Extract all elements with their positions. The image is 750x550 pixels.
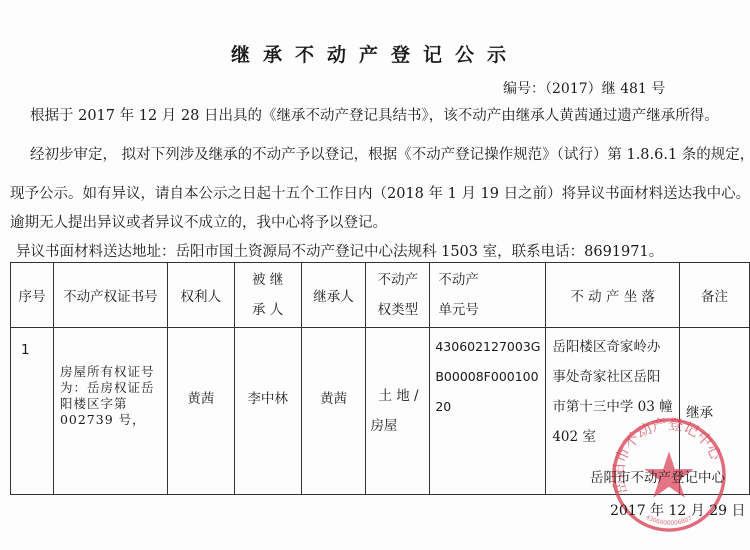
cell-obligee: 黄茜 xyxy=(167,328,234,495)
page-title: 继承不动产登记公示 xyxy=(0,40,750,67)
table-header-row: 序号 不动产权证书号 权利人 被 继 承 人 继承人 不动产 权类型 不动产 单… xyxy=(11,263,750,328)
cell-heir: 黄茜 xyxy=(301,328,366,495)
header-location: 不 动 产 坐 落 xyxy=(546,263,680,328)
header-obligee: 权利人 xyxy=(167,263,234,328)
paragraph-deadline: 逾期无人提出异议或者异议不成立的，我中心将予以登记。 xyxy=(10,211,387,232)
header-right-type: 不动产 权类型 xyxy=(366,263,430,328)
issuer-name: 岳阳市不动产登记中心 xyxy=(590,466,725,486)
paragraph-basis: 根据于 2017 年 12 月 28 日出具的《继承不动产登记具结书》，该不动产… xyxy=(30,104,719,125)
issue-date: 2017 年 12 月 29 日 xyxy=(610,500,746,520)
header-unit-no: 不动产 单元号 xyxy=(430,263,546,328)
paragraph-review: 经初步审定， 拟对下列涉及继承的不动产予以登记，根据《不动产登记操作规范》（试行… xyxy=(30,143,750,164)
cell-unit-no: 430602127003G B00008F000100 20 xyxy=(430,328,546,495)
document-number: 编号：（2017）继 481 号 xyxy=(503,78,665,98)
cell-cert-no: 房屋所有权证号为：岳房权证岳阳楼区字第 002739 号， xyxy=(53,328,167,495)
header-seq: 序号 xyxy=(11,263,54,328)
cell-seq: 1 xyxy=(11,328,54,495)
cell-right-type: 土 地 / 房屋 xyxy=(366,328,430,495)
paragraph-address: 异议书面材料送达地址：岳阳市国土资源局不动产登记中心法规科 1503 室，联系电… xyxy=(16,240,663,261)
paragraph-objection: 现予公示。如有异议，请自本公示之日起十五个工作日内（2018 年 1 月 19 … xyxy=(10,182,750,203)
header-decedent: 被 继 承 人 xyxy=(234,263,301,328)
header-remark: 备注 xyxy=(680,263,750,328)
cell-decedent: 李中林 xyxy=(234,328,301,495)
header-heir: 继承人 xyxy=(301,263,366,328)
header-cert-no: 不动产权证书号 xyxy=(53,263,167,328)
